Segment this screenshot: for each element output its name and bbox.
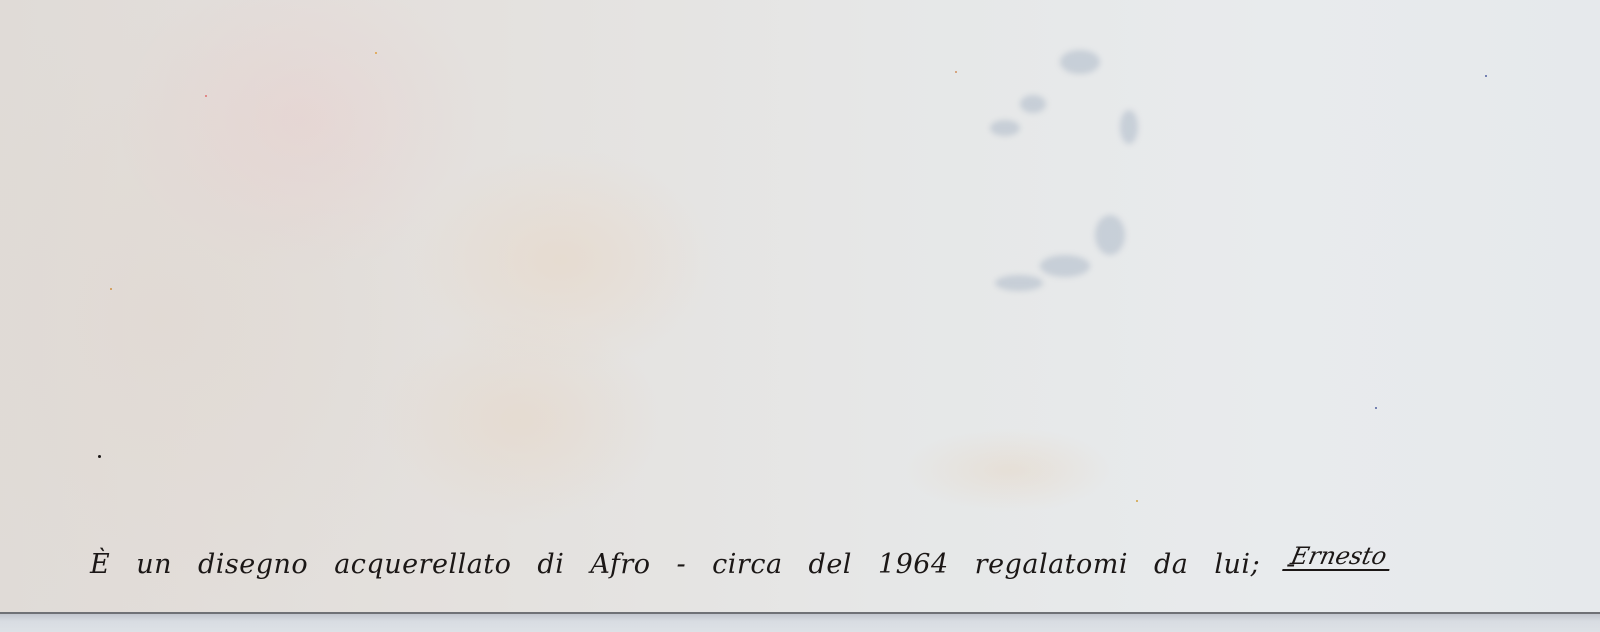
pigment-speck: [110, 288, 112, 290]
inscription-word: disegno: [198, 549, 308, 580]
watercolor-stain-blue-6: [1040, 255, 1090, 277]
inscription-word: un: [136, 549, 172, 580]
watercolor-stain-blue-2: [1020, 95, 1046, 113]
signature: Ernesto: [1282, 544, 1395, 571]
watercolor-stain-blue-4: [1120, 110, 1138, 144]
pigment-speck: [1485, 75, 1487, 77]
pigment-speck: [1375, 407, 1377, 409]
watercolor-stain-blue-5: [1095, 215, 1125, 255]
pigment-speck: [955, 71, 957, 73]
inscription-word: È: [90, 549, 110, 580]
inscription-word: Afro: [590, 549, 650, 580]
inscription-word: acquerellato: [334, 549, 511, 580]
inscription-word: da: [1154, 549, 1188, 580]
ink-speck: [98, 455, 101, 458]
watercolor-stain-blue-3: [990, 120, 1020, 136]
inscription-word: lui;: [1214, 549, 1260, 580]
watercolor-stain-blue-1: [1060, 50, 1100, 74]
inscription-word: -: [677, 549, 687, 580]
handwritten-inscription: È un disegno acquerellato di Afro - circ…: [90, 520, 1430, 580]
paper-sheet: È un disegno acquerellato di Afro - circ…: [0, 0, 1600, 614]
inscription-word: di: [537, 549, 564, 580]
watercolor-stain-blue-7: [995, 275, 1043, 291]
inscription-word: del: [809, 549, 852, 580]
pigment-speck: [375, 52, 377, 54]
pigment-speck: [1136, 500, 1138, 502]
inscription-year: 1964: [878, 549, 949, 580]
inscription-word: circa: [712, 549, 782, 580]
inscription-word: regalatomi: [975, 549, 1128, 580]
surface-below-paper: [0, 614, 1600, 632]
pigment-speck: [205, 95, 207, 97]
